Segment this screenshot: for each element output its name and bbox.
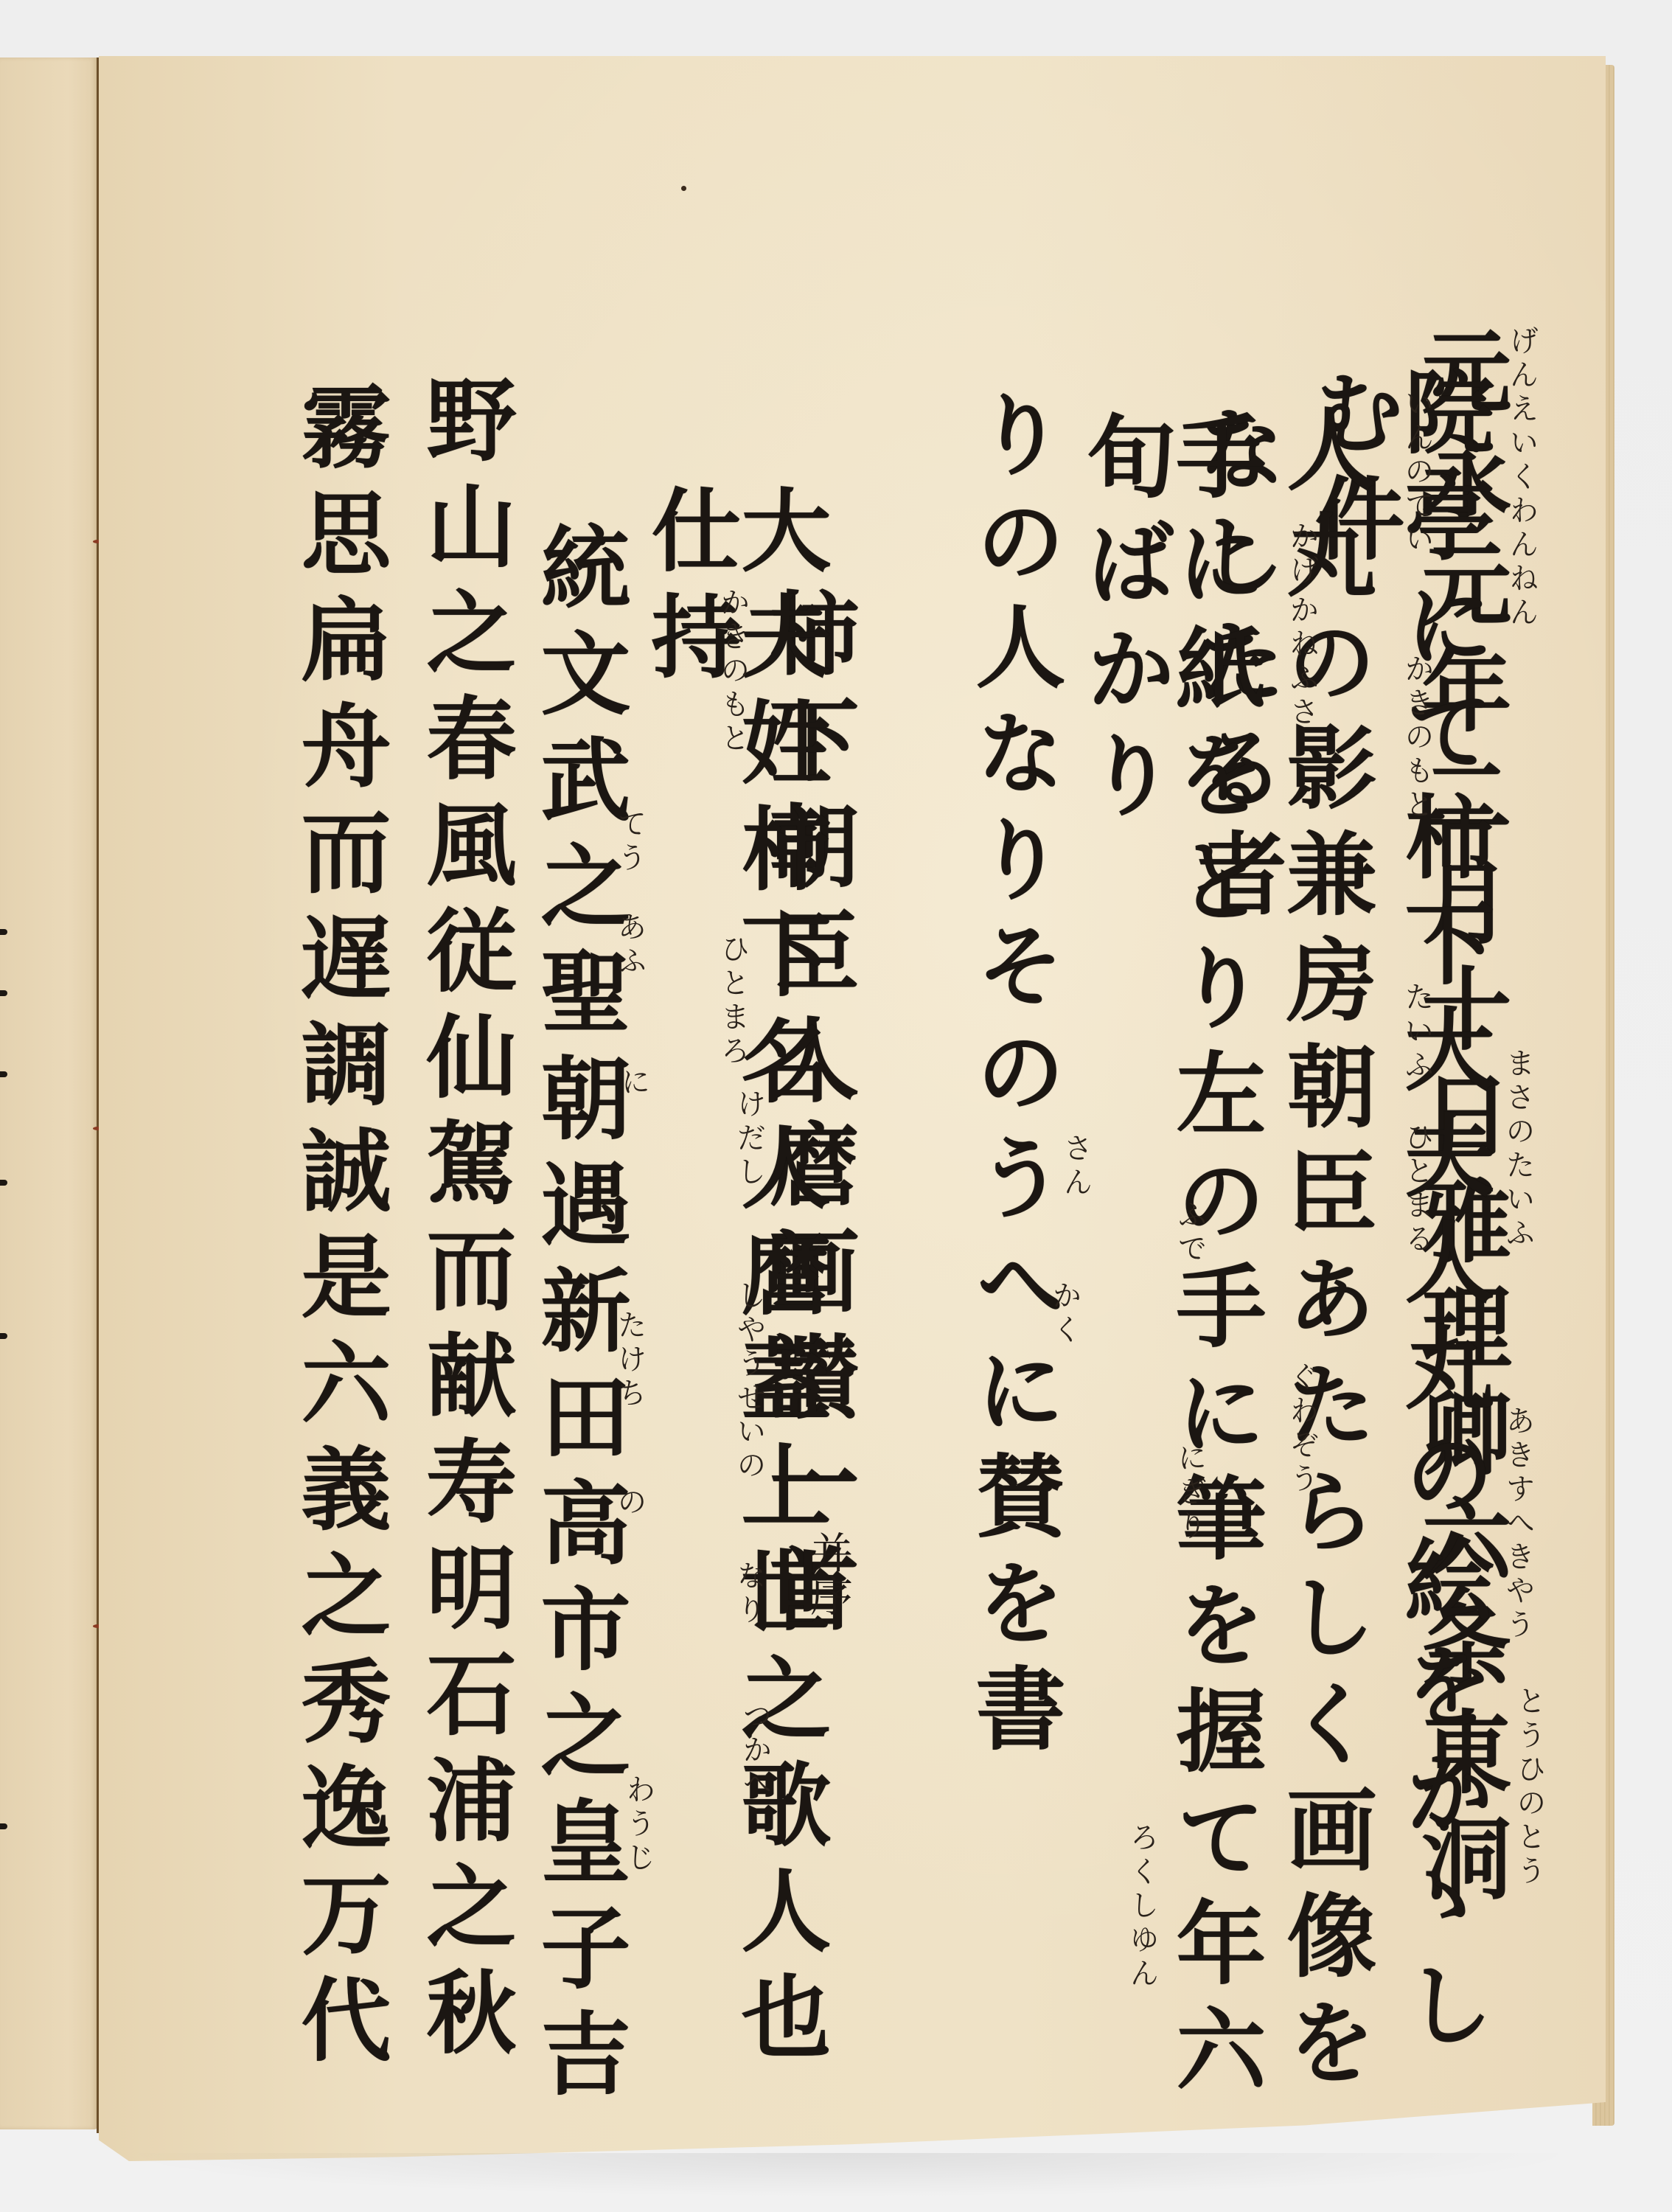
right-page: 元永元年二月十日雅理卿六条東洞 げんえいくわんねん まさのたいふ あきすへきやう… bbox=[99, 56, 1606, 2161]
furigana-7c: けだし bbox=[734, 1088, 764, 1190]
furigana-3c: ぐわぞう bbox=[1287, 1361, 1317, 1497]
furigana-8a: てう bbox=[615, 808, 644, 876]
text-column-4: 手に紙をとり左の手に筆を握て年六旬ばかり bbox=[1079, 410, 1259, 2161]
furigana-1a: げんえいくわんねん bbox=[1507, 325, 1536, 630]
furigana-2c: たいふ ひとまる bbox=[1402, 981, 1432, 1257]
furigana-8f: わうじ bbox=[624, 1774, 653, 1876]
furigana-7e: なり bbox=[734, 1560, 764, 1628]
ink-mark bbox=[0, 1180, 7, 1186]
furigana-7b: ひとまろ bbox=[718, 933, 748, 1069]
ink-mark bbox=[0, 990, 7, 996]
ink-mark bbox=[0, 1823, 7, 1829]
furigana-8b: あふ bbox=[615, 911, 644, 979]
furigana-4a: ふで bbox=[1175, 1199, 1205, 1267]
ink-mark bbox=[0, 1333, 7, 1339]
furigana-2a: いんのてい bbox=[1402, 388, 1432, 557]
ink-mark bbox=[0, 1071, 7, 1077]
text-column-9: 野山之春風従仙駕而献寿明石浦之秋 bbox=[419, 373, 509, 2072]
text-column-5: りの人なりそのうへに賛を書 bbox=[969, 388, 1059, 1768]
ink-mark bbox=[0, 929, 7, 935]
furigana-3a: かげ bbox=[1287, 521, 1317, 588]
furigana-8e: の bbox=[615, 1486, 644, 1520]
furigana-1c: あきすへきやう bbox=[1503, 1405, 1533, 1643]
furigana-1b: まさのたいふ bbox=[1503, 1048, 1533, 1251]
furigana-1d: とうひのとう bbox=[1514, 1686, 1544, 1889]
furigana-5b: かく bbox=[1050, 1280, 1079, 1348]
furigana-7a: かきのもと bbox=[718, 587, 748, 757]
book-shadow bbox=[111, 2153, 1585, 2197]
text-column-10: 霧思扁舟而遅調誠是六義之秀逸万代 bbox=[294, 380, 384, 2079]
furigana-8d: たけち bbox=[615, 1310, 644, 1411]
furigana-7f: つかへ bbox=[740, 1700, 770, 1802]
furigana-2b: かきのもと bbox=[1402, 653, 1432, 823]
ink-speck bbox=[681, 186, 686, 191]
furigana-4b: にぎり bbox=[1175, 1442, 1205, 1544]
text-column-8: 統文武之聖朝遇新田高市之皇子吉 bbox=[534, 521, 624, 2113]
furigana-7d: しやうせいの bbox=[734, 1280, 764, 1484]
furigana-4c: ろくしゆん bbox=[1127, 1822, 1157, 1992]
furigana-5a: さん bbox=[1061, 1133, 1090, 1200]
binding-gutter bbox=[97, 58, 99, 2133]
furigana-8c: に bbox=[619, 1066, 648, 1100]
furigana-3b: かねふさ bbox=[1287, 594, 1317, 730]
left-page bbox=[0, 58, 97, 2129]
